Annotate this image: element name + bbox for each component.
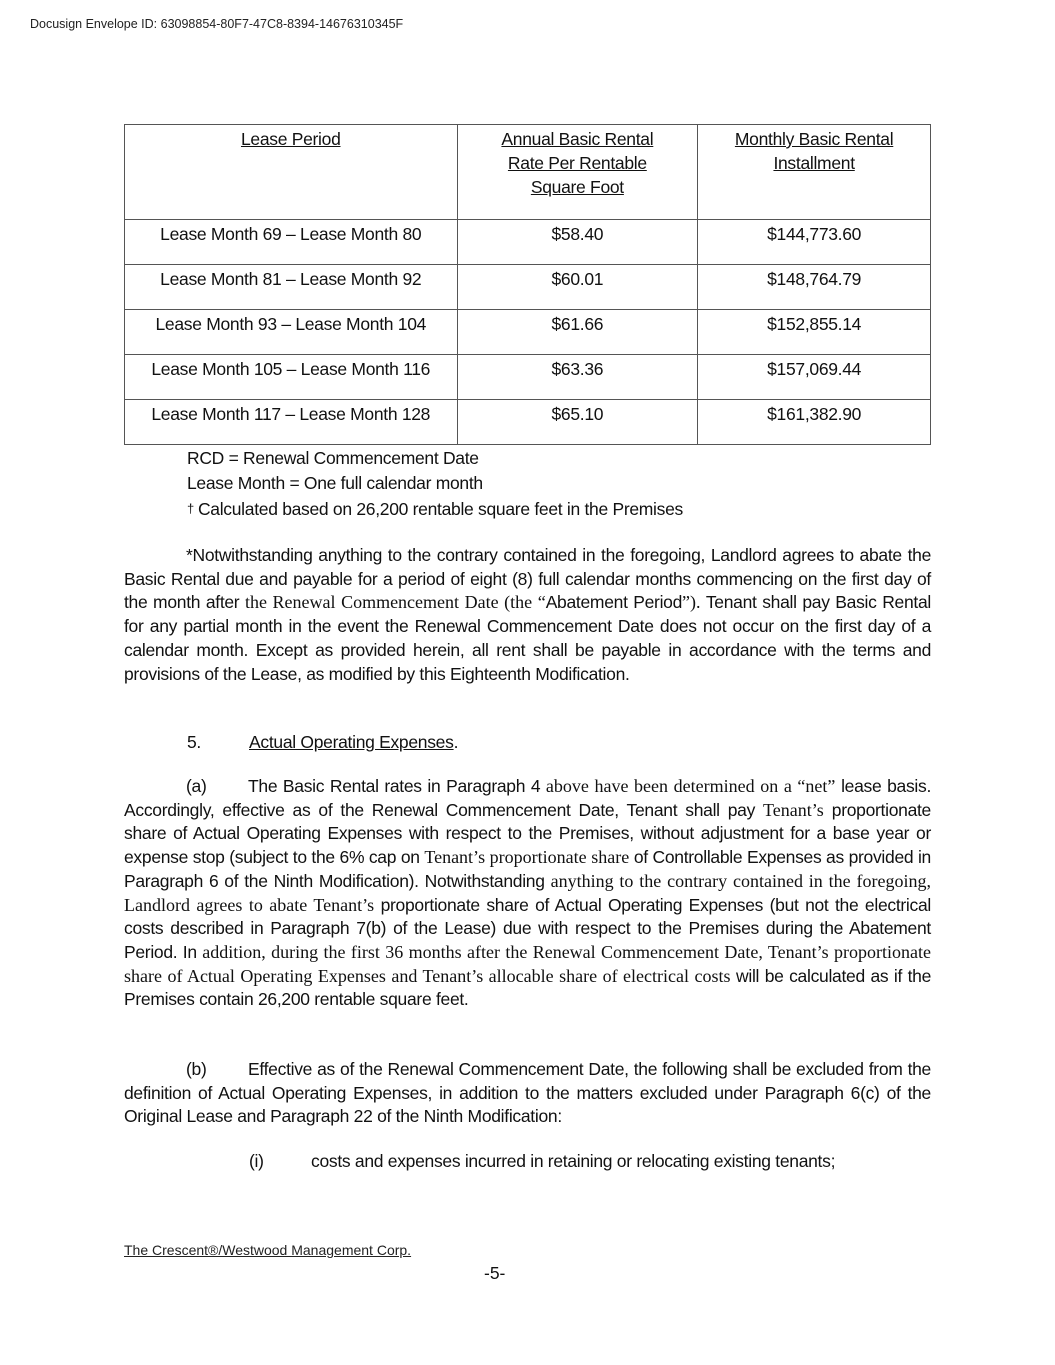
rent-schedule-table: Lease Period Annual Basic Rental Rate Pe… bbox=[124, 124, 931, 445]
page-number: -5- bbox=[484, 1263, 505, 1284]
paragraph-a: (a)The Basic Rental rates in Paragraph 4… bbox=[124, 775, 931, 1012]
envelope-id: Docusign Envelope ID: 63098854-80F7-47C8… bbox=[30, 17, 403, 31]
exclusion-item-i: (i)costs and expenses incurred in retain… bbox=[249, 1151, 835, 1172]
note-lease-month: Lease Month = One full calendar month bbox=[187, 471, 683, 496]
cell-period: Lease Month 69 – Lease Month 80 bbox=[125, 220, 458, 265]
abatement-paragraph: *Notwithstanding anything to the contrar… bbox=[124, 544, 931, 686]
cell-monthly: $144,773.60 bbox=[698, 220, 931, 265]
cell-annual-rate: $63.36 bbox=[457, 355, 698, 400]
cell-annual-rate: $60.01 bbox=[457, 265, 698, 310]
table-row: Lease Month 105 – Lease Month 116 $63.36… bbox=[125, 355, 931, 400]
header-annual-rate: Annual Basic Rental Rate Per Rentable Sq… bbox=[457, 125, 698, 220]
note-calculated: †Calculated based on 26,200 rentable squ… bbox=[187, 496, 683, 522]
cell-monthly: $148,764.79 bbox=[698, 265, 931, 310]
cell-monthly: $152,855.14 bbox=[698, 310, 931, 355]
cell-period: Lease Month 117 – Lease Month 128 bbox=[125, 400, 458, 445]
table-notes: RCD = Renewal Commencement Date Lease Mo… bbox=[187, 446, 683, 522]
cell-period: Lease Month 81 – Lease Month 92 bbox=[125, 265, 458, 310]
cell-period: Lease Month 93 – Lease Month 104 bbox=[125, 310, 458, 355]
paragraph-b: (b)Effective as of the Renewal Commencem… bbox=[124, 1058, 931, 1129]
footer-company: The Crescent®/Westwood Management Corp. bbox=[124, 1242, 411, 1258]
section-5-heading: 5.Actual Operating Expenses. bbox=[187, 732, 458, 753]
dagger-icon: † bbox=[187, 501, 194, 516]
cell-period: Lease Month 105 – Lease Month 116 bbox=[125, 355, 458, 400]
cell-monthly: $161,382.90 bbox=[698, 400, 931, 445]
table-header-row: Lease Period Annual Basic Rental Rate Pe… bbox=[125, 125, 931, 220]
table-row: Lease Month 93 – Lease Month 104 $61.66 … bbox=[125, 310, 931, 355]
cell-annual-rate: $65.10 bbox=[457, 400, 698, 445]
table-row: Lease Month 117 – Lease Month 128 $65.10… bbox=[125, 400, 931, 445]
cell-annual-rate: $61.66 bbox=[457, 310, 698, 355]
section-5-title: Actual Operating Expenses bbox=[249, 732, 454, 752]
table-row: Lease Month 81 – Lease Month 92 $60.01 $… bbox=[125, 265, 931, 310]
paragraph-a-label: (a) bbox=[186, 775, 248, 799]
header-monthly-installment: Monthly Basic Rental Installment bbox=[698, 125, 931, 220]
table-row: Lease Month 69 – Lease Month 80 $58.40 $… bbox=[125, 220, 931, 265]
paragraph-b-label: (b) bbox=[186, 1058, 248, 1082]
cell-monthly: $157,069.44 bbox=[698, 355, 931, 400]
cell-annual-rate: $58.40 bbox=[457, 220, 698, 265]
header-lease-period: Lease Period bbox=[125, 125, 458, 220]
note-rcd: RCD = Renewal Commencement Date bbox=[187, 446, 683, 471]
